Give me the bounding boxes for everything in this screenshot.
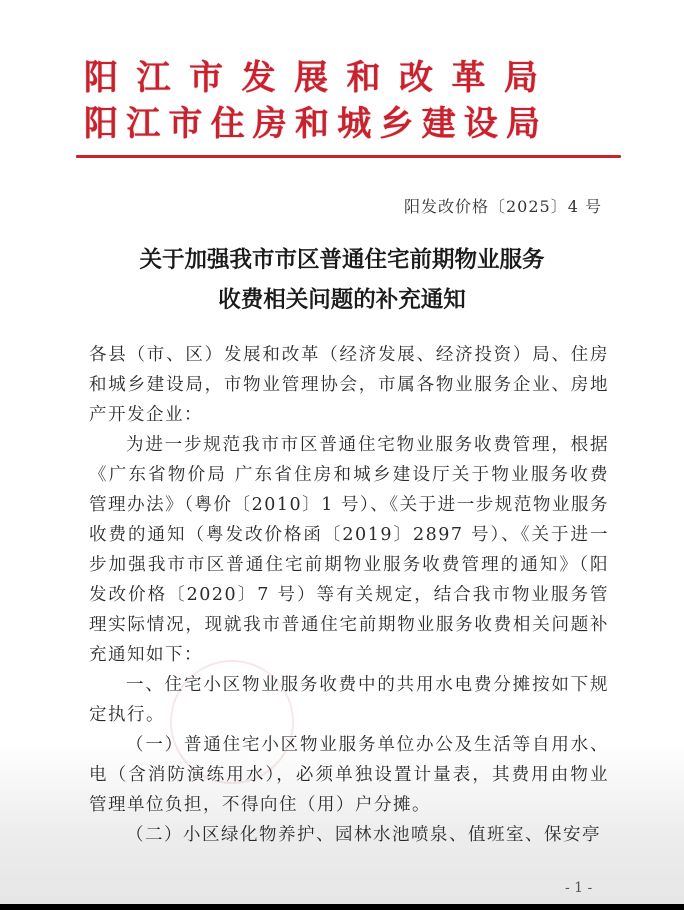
recipients-paragraph: 各县（市、区）发展和改革（经济发展、经济投资）局、住房和城乡建设局，市物业管理协… [89, 340, 609, 430]
section-1-heading: 一、住宅小区物业服务收费中的共用水电费分摊按如下规定执行。 [89, 670, 609, 730]
item-2-paragraph: （二）小区绿化物养护、园林水池喷泉、值班室、保安亭 [89, 820, 609, 850]
red-divider [76, 155, 621, 158]
intro-paragraph: 为进一步规范我市市区普通住宅物业服务收费管理，根据《广东省物价局 广东省住房和城… [89, 430, 609, 670]
document-page: 阳江市发展和改革局 阳江市住房和城乡建设局 阳发改价格〔2025〕4 号 关于加… [0, 0, 684, 904]
document-title-line1: 关于加强我市市区普通住宅前期物业服务 [0, 242, 684, 274]
document-number: 阳发改价格〔2025〕4 号 [404, 194, 602, 217]
agency-name-1: 阳江市发展和改革局 [84, 58, 614, 98]
bottom-edge [0, 904, 684, 910]
document-title-line2: 收费相关问题的补充通知 [0, 282, 684, 314]
document-body: 各县（市、区）发展和改革（经济发展、经济投资）局、住房和城乡建设局，市物业管理协… [89, 340, 609, 850]
page-number: - 1 - [565, 880, 592, 896]
agency-name-2: 阳江市住房和城乡建设局 [84, 104, 614, 144]
item-1-paragraph: （一）普通住宅小区物业服务单位办公及生活等自用水、电（含消防演练用水），必须单独… [89, 730, 609, 820]
